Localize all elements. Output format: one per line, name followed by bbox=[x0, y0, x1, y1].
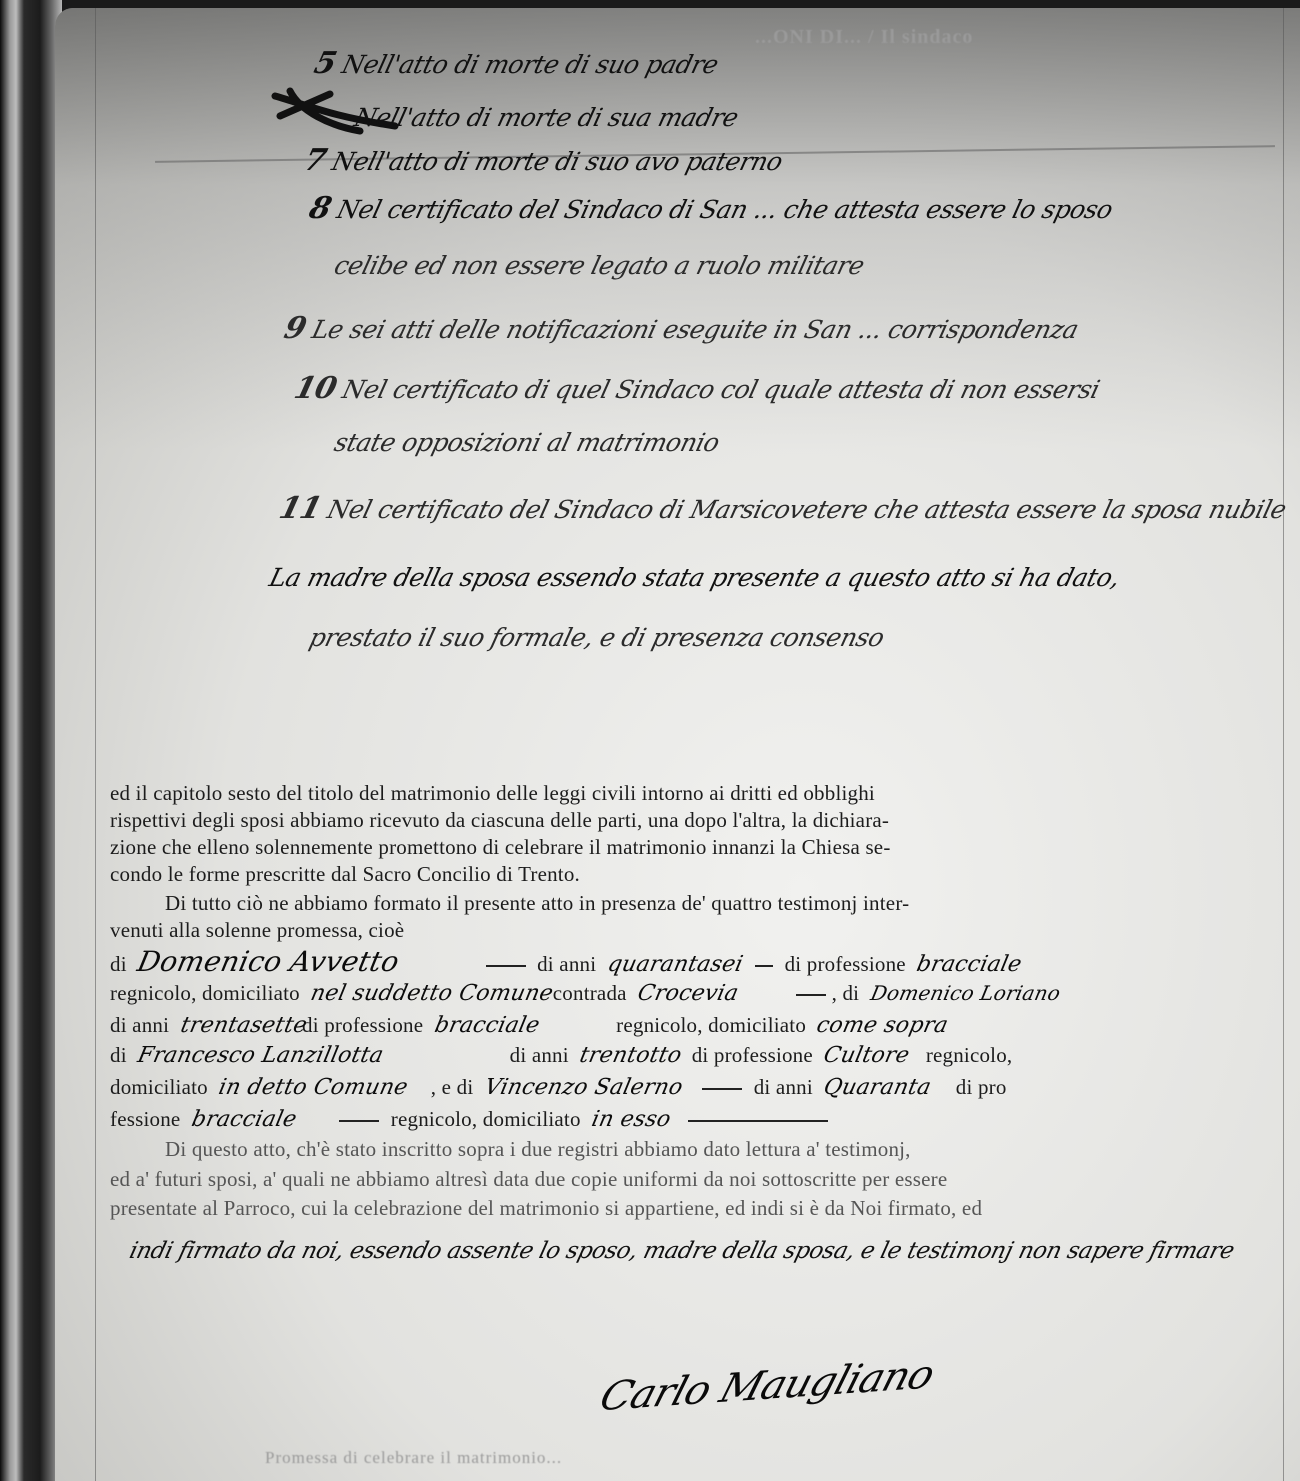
margin-rule bbox=[95, 8, 96, 1481]
printed-line: condo le forme prescritte dal Sacro Conc… bbox=[110, 861, 580, 888]
witness-4-profession: bracciale bbox=[183, 1106, 331, 1133]
footer-ghost-text: Promessa di celebrare il matrimonio... bbox=[265, 1448, 562, 1468]
margin-rule-right bbox=[1283, 8, 1284, 1481]
witness-4-name: Vincenzo Salerno bbox=[476, 1074, 694, 1101]
printed-line: zione che elleno solennemente promettono… bbox=[110, 834, 891, 861]
witness-1-name: Domenico Avvetto bbox=[129, 948, 477, 975]
annotation-5: 5 Nell'atto di morte di suo padre bbox=[311, 46, 723, 81]
witness-3-row-2: domiciliato in detto Comune , e di Vince… bbox=[110, 1074, 1007, 1101]
printed-line: presentate al Parroco, cui la celebrazio… bbox=[110, 1195, 982, 1222]
printed-line: rispettivi degli sposi abbiamo ricevuto … bbox=[110, 807, 889, 834]
witness-3-domicile: in detto Comune bbox=[210, 1074, 428, 1101]
witness-1-street: Crocevia bbox=[629, 980, 787, 1007]
witness-4-age: Quaranta bbox=[815, 1074, 953, 1101]
printed-line: Di questo atto, ch'è stato inscritto sop… bbox=[165, 1136, 911, 1163]
annotation-6: Nell'atto di morte di sua madre bbox=[351, 103, 741, 132]
witness-3-row: di Francesco Lanzillotta di anni trentot… bbox=[110, 1042, 1012, 1069]
witness-2-row: di anni trentasette di professione bracc… bbox=[110, 1012, 954, 1039]
witness-1-profession: bracciale bbox=[908, 951, 1030, 978]
witness-2-age: trentasette bbox=[172, 1012, 300, 1039]
printed-line: Di tutto ciò ne abbiamo formato il prese… bbox=[165, 890, 909, 917]
witness-2-profession: bracciale bbox=[426, 1012, 584, 1039]
annotation-10: 10 Nel certificato di quel Sindaco col q… bbox=[291, 371, 1104, 406]
mayor-signature: Carlo Maugliano bbox=[595, 1352, 940, 1420]
annotation-mother-consent-continued: prestato il suo formale, e di presenza c… bbox=[306, 623, 887, 652]
header-ghost-text: ...ONI DI... / Il sindaco bbox=[755, 26, 973, 49]
annotation-7: 7 Nell'atto di morte di suo avo paterno bbox=[301, 143, 787, 178]
witness-1-domicile: nel suddetto Comune bbox=[302, 980, 550, 1007]
witness-3-profession: Cultore bbox=[815, 1042, 923, 1069]
witness-1-age: quarantasei bbox=[599, 951, 747, 978]
annotation-11: 11 Nel certificato del Sindaco di Marsic… bbox=[276, 491, 1290, 526]
annotation-8: 8 Nel certificato del Sindaco di San ...… bbox=[306, 191, 1117, 226]
witness-2-domicile: come sopra bbox=[809, 1012, 957, 1039]
witness-3-age: trentotto bbox=[571, 1042, 689, 1069]
annotation-9: 9 Le sei atti delle notificazioni esegui… bbox=[281, 311, 1083, 346]
register-page: ...ONI DI... / Il sindaco 5 Nell'atto di… bbox=[55, 8, 1300, 1481]
printed-line: ed il capitolo sesto del titolo del matr… bbox=[110, 780, 875, 807]
witness-4-domicile: in esso bbox=[583, 1106, 679, 1133]
witness-1-row: di Domenico Avvetto di anni quarantasei … bbox=[110, 948, 1028, 978]
annotation-8-continued: celibe ed non essere legato a ruolo mili… bbox=[331, 251, 867, 280]
annotation-mother-consent: La madre della sposa essendo stata prese… bbox=[266, 563, 1122, 592]
closing-handwritten-note: indi firmato da noi, essendo assente lo … bbox=[127, 1238, 1237, 1264]
printed-line: venuti alla solenne promessa, cioè bbox=[110, 917, 404, 944]
printed-line: ed a' futuri sposi, a' quali ne abbiamo … bbox=[110, 1166, 947, 1193]
witness-1-row-2: regnicolo, domiciliato nel suddetto Comu… bbox=[110, 980, 1066, 1007]
witness-3-name: Francesco Lanzillotta bbox=[129, 1042, 467, 1069]
witness-2-name: Domenico Loriano bbox=[862, 980, 1069, 1007]
witness-4-row: fessione bracciale regnicolo, domiciliat… bbox=[110, 1106, 834, 1133]
book-binding-edge bbox=[0, 0, 62, 1481]
annotation-10-continued: state opposizioni al matrimonio bbox=[331, 428, 722, 457]
